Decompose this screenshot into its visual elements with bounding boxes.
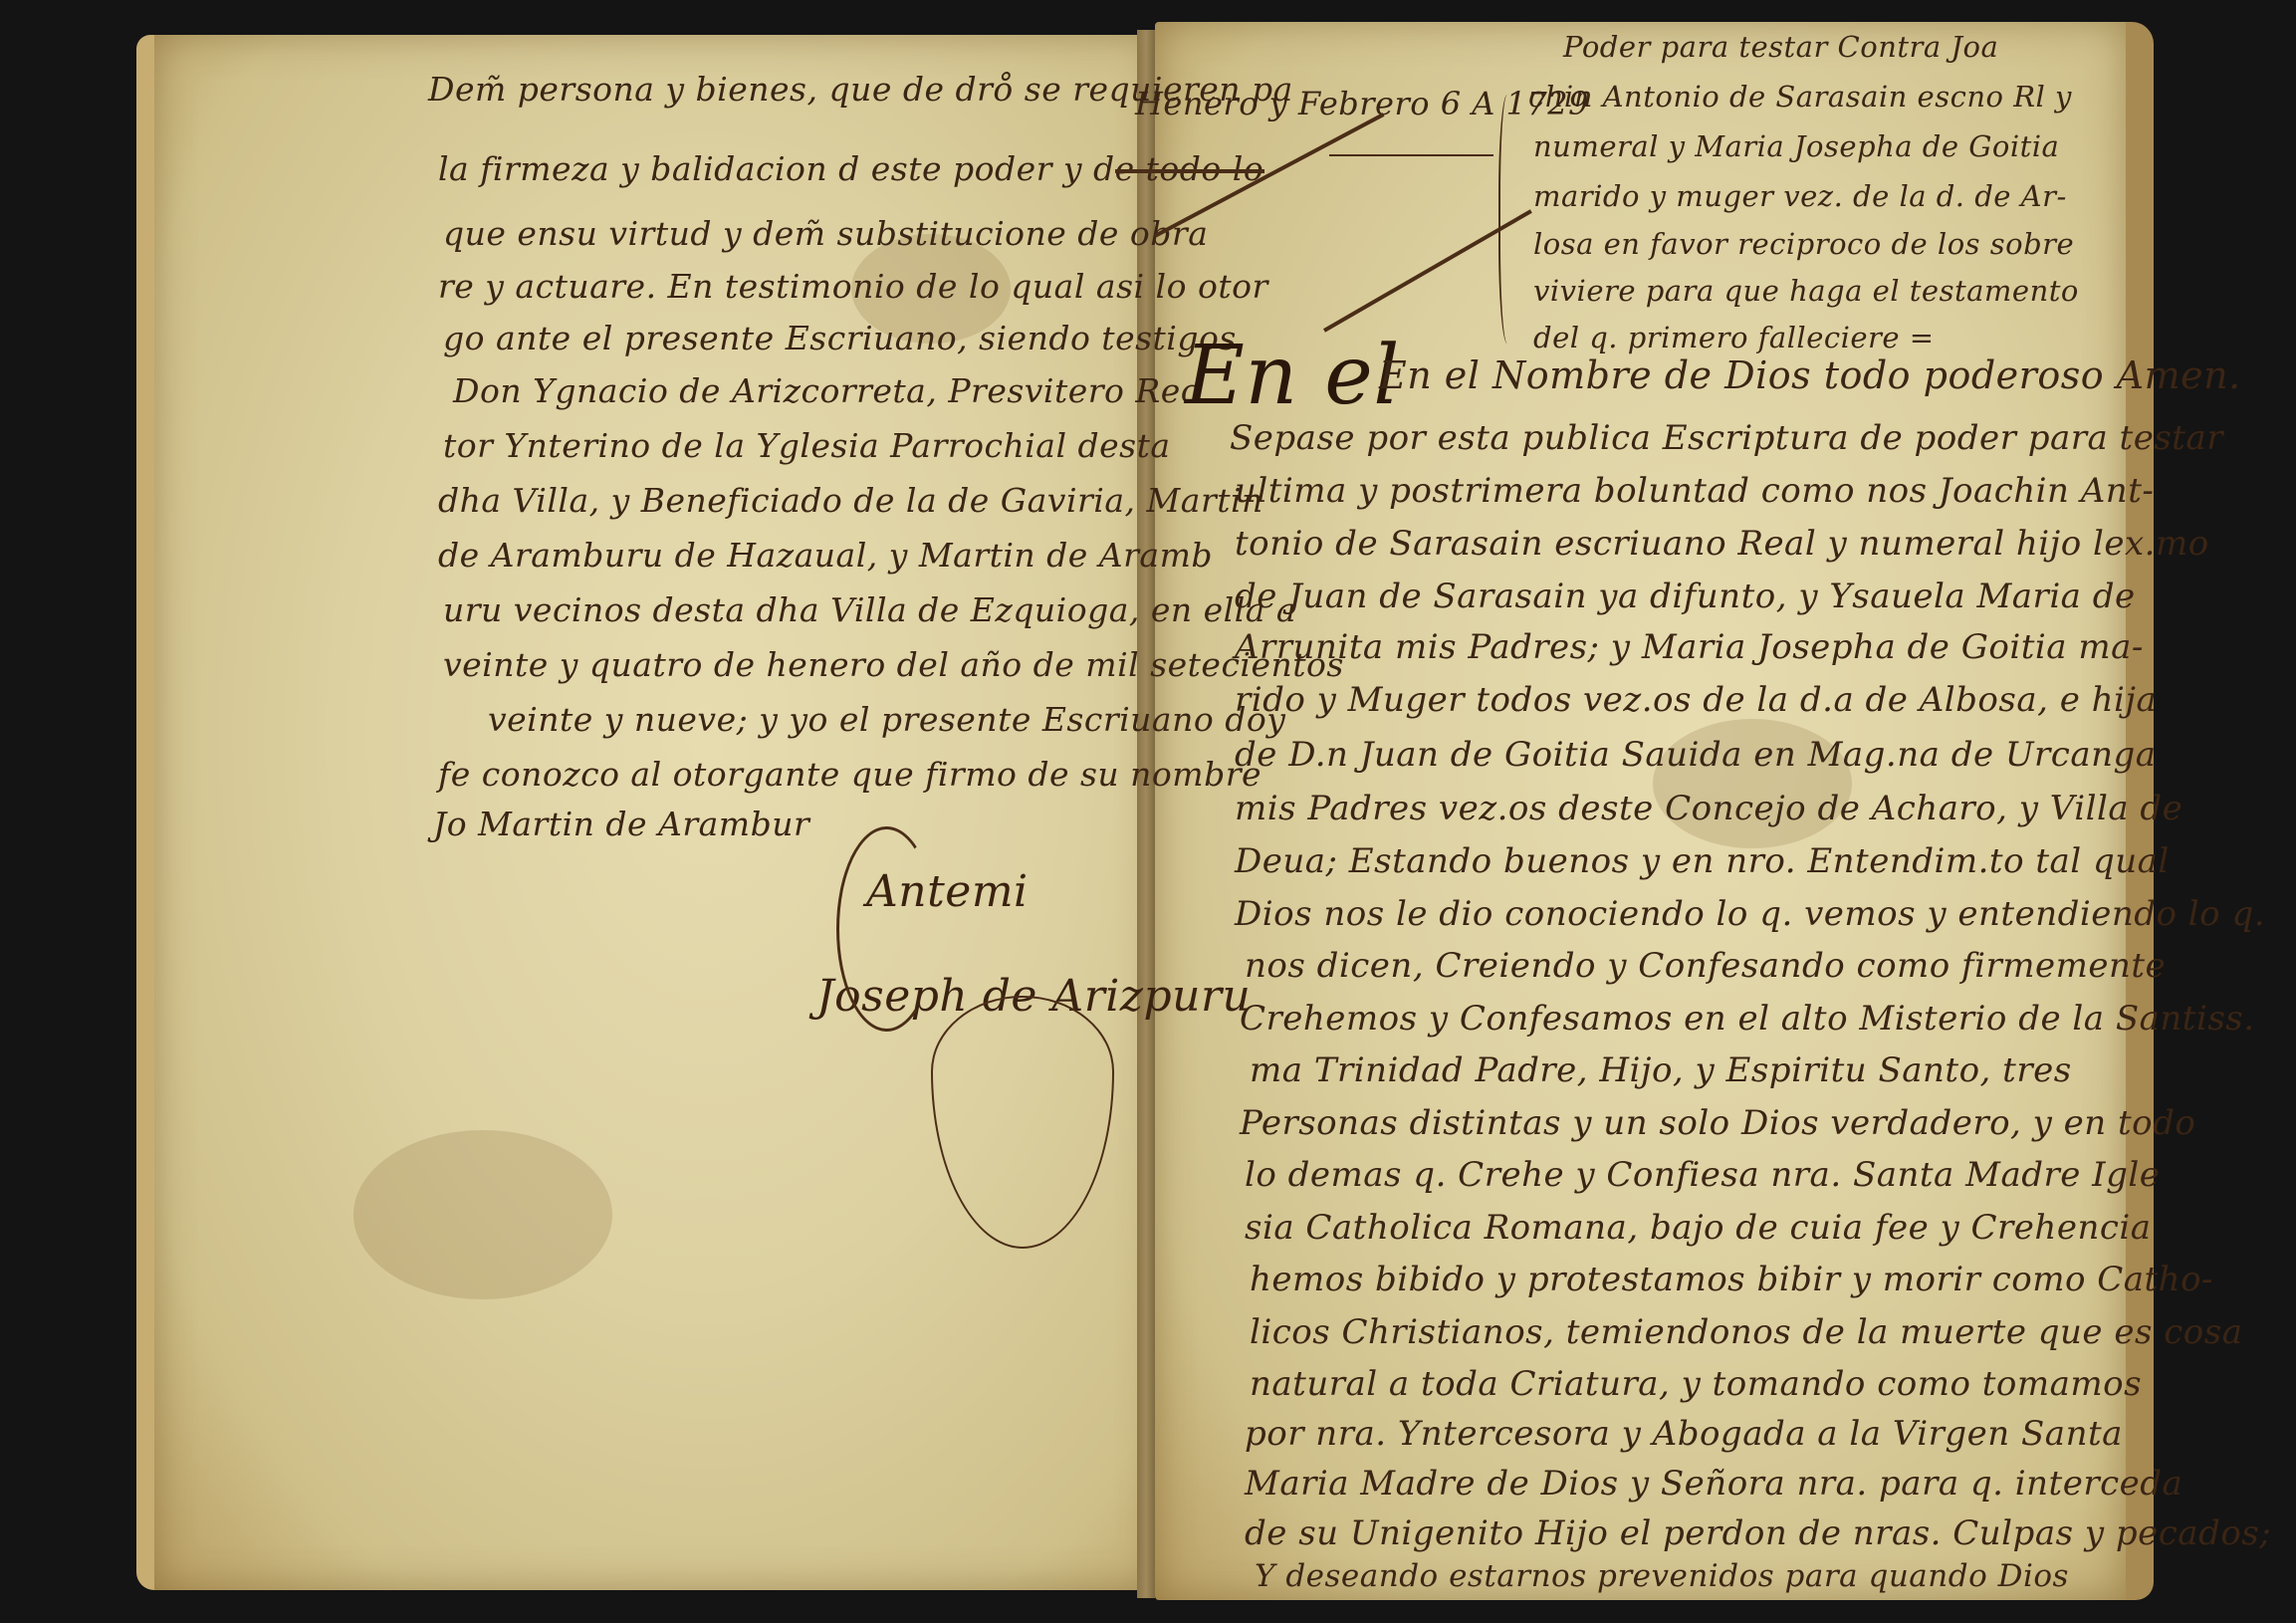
text-line: licos Christianos, temiendonos de la mue… [1250,1312,2242,1352]
text-line: natural a toda Criatura, y tomando como … [1250,1364,2142,1404]
text-line: de su Unigenito Hijo el perdon de nras. … [1245,1513,2271,1553]
signature-flourish [836,826,937,1032]
text-line: dha Villa, y Beneficiado de la de Gaviri… [438,481,1263,520]
invocation-line: En el Nombre de Dios todo poderoso Amen. [1379,353,2241,397]
underline-stroke [1329,154,1493,156]
invocation-capital: En el [1185,329,1400,423]
text-line: fe conozco al otorgante que firmo de su … [438,755,1262,794]
text-line: ultima y postrimera boluntad como nos Jo… [1235,471,2154,511]
paper-stain [353,1130,612,1299]
text-line: re y actuare. En testimonio de lo qual a… [438,267,1268,306]
text-line: Personas distintas y un solo Dios verdad… [1240,1103,2195,1143]
text-line: Don Ygnacio de Arizcorreta, Presvitero R… [453,371,1200,410]
text-line: lo demas q. Crehe y Confiesa nra. Santa … [1245,1155,2160,1195]
text-line: de D.n Juan de Goitia Sauida en Mag.na d… [1235,735,2157,775]
text-line: rido y Muger todos vez.os de la d.a de A… [1235,680,2157,720]
text-line: nos dicen, Creiendo y Confesando como fi… [1245,946,2166,986]
margin-note-line: Poder para testar Contra Joa [1563,30,1998,64]
text-line: Arrunita mis Padres; y Maria Josepha de … [1235,627,2144,667]
text-line: Maria Madre de Dios y Señora nra. para q… [1245,1464,2182,1504]
text-line: que ensu virtud y dem̃ substitucione de … [443,214,1208,253]
margin-note-line: numeral y Maria Josepha de Goitia [1533,129,2059,163]
text-line: Dios nos le dio conociendo lo q. vemos y… [1235,894,2265,934]
margin-note-line: marido y muger vez. de la d. de Ar- [1533,179,2067,213]
text-line: de Aramburu de Hazaual, y Martin de Aram… [438,536,1213,575]
book-gutter [1137,30,1155,1598]
text-line: mis Padres vez.os deste Concejo de Achar… [1235,789,2182,828]
margin-note-line: viviere para que haga el testamento [1533,274,2079,308]
text-line: veinte y quatro de henero del año de mil… [443,645,1344,684]
underline-stroke [1115,169,1264,173]
text-line: Deua; Estando buenos y en nro. Entendim.… [1235,841,2170,881]
text-line: sia Catholica Romana, bajo de cuia fee y… [1245,1208,2152,1248]
text-line: tonio de Sarasain escriuano Real y numer… [1235,524,2209,564]
margin-note-line: chin Antonio de Sarasain escno Rl y [1528,80,2072,114]
date-note: Henero y Febrero 6 A 1729 [1135,85,1589,122]
text-line: Crehemos y Confesamos en el alto Misteri… [1240,999,2255,1039]
witness-signature-line: Jo Martin de Arambur [433,805,809,843]
text-line: Sepase por esta publica Escriptura de po… [1230,418,2223,458]
text-line: uru vecinos desta dha Villa de Ezquioga,… [443,590,1296,629]
open-register-book: Dem̃ persona y bienes, que de dro̊ se re… [0,0,2296,1623]
text-line: Y deseando estarnos prevenidos para quan… [1255,1558,2069,1594]
text-line: por nra. Yntercesora y Abogada a la Virg… [1245,1414,2123,1454]
text-line: tor Ynterino de la Yglesia Parrochial de… [443,426,1171,465]
text-line: go ante el presente Escriuano, siendo te… [443,319,1237,357]
margin-note-line: losa en favor reciproco de los sobre [1533,227,2074,261]
margin-note-line: del q. primero falleciere = [1533,321,1935,354]
text-line: veinte y nueve; y yo el presente Escriua… [488,700,1285,739]
text-line: hemos bibido y protestamos bibir y morir… [1250,1260,2213,1299]
text-line: ma Trinidad Padre, Hijo, y Espiritu Sant… [1250,1050,2072,1090]
text-line: de Juan de Sarasain ya difunto, y Ysauel… [1235,577,2136,616]
